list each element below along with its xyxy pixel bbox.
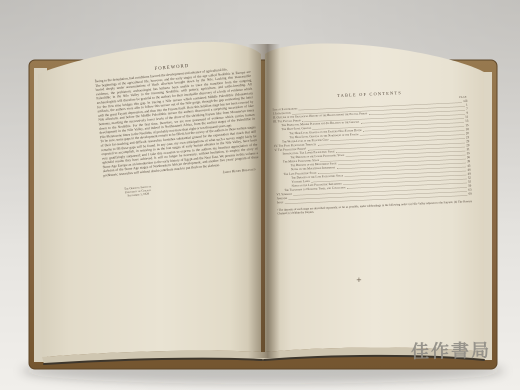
gutter-shadow <box>248 44 280 358</box>
book-photograph: x FOREWORD owing to the denudation, had … <box>0 0 520 390</box>
foreword-paragraphs: owing to the denudation, had conditions … <box>95 66 259 179</box>
foreword-folio-number: x <box>95 78 97 82</box>
contents-page: TABLE OF CONTENTS PAGE List of Illustrat… <box>272 87 472 216</box>
entry-title: Index <box>277 201 284 205</box>
page-stray-mark: + <box>356 276 362 284</box>
contents-entries: List of Illustrations xiii I. Introducti… <box>273 99 472 205</box>
entry-page-number: 69 <box>468 192 471 196</box>
foreword-page: x FOREWORD owing to the denudation, had … <box>94 58 261 200</box>
bookseller-watermark: 佳作書局 <box>411 336 491 363</box>
